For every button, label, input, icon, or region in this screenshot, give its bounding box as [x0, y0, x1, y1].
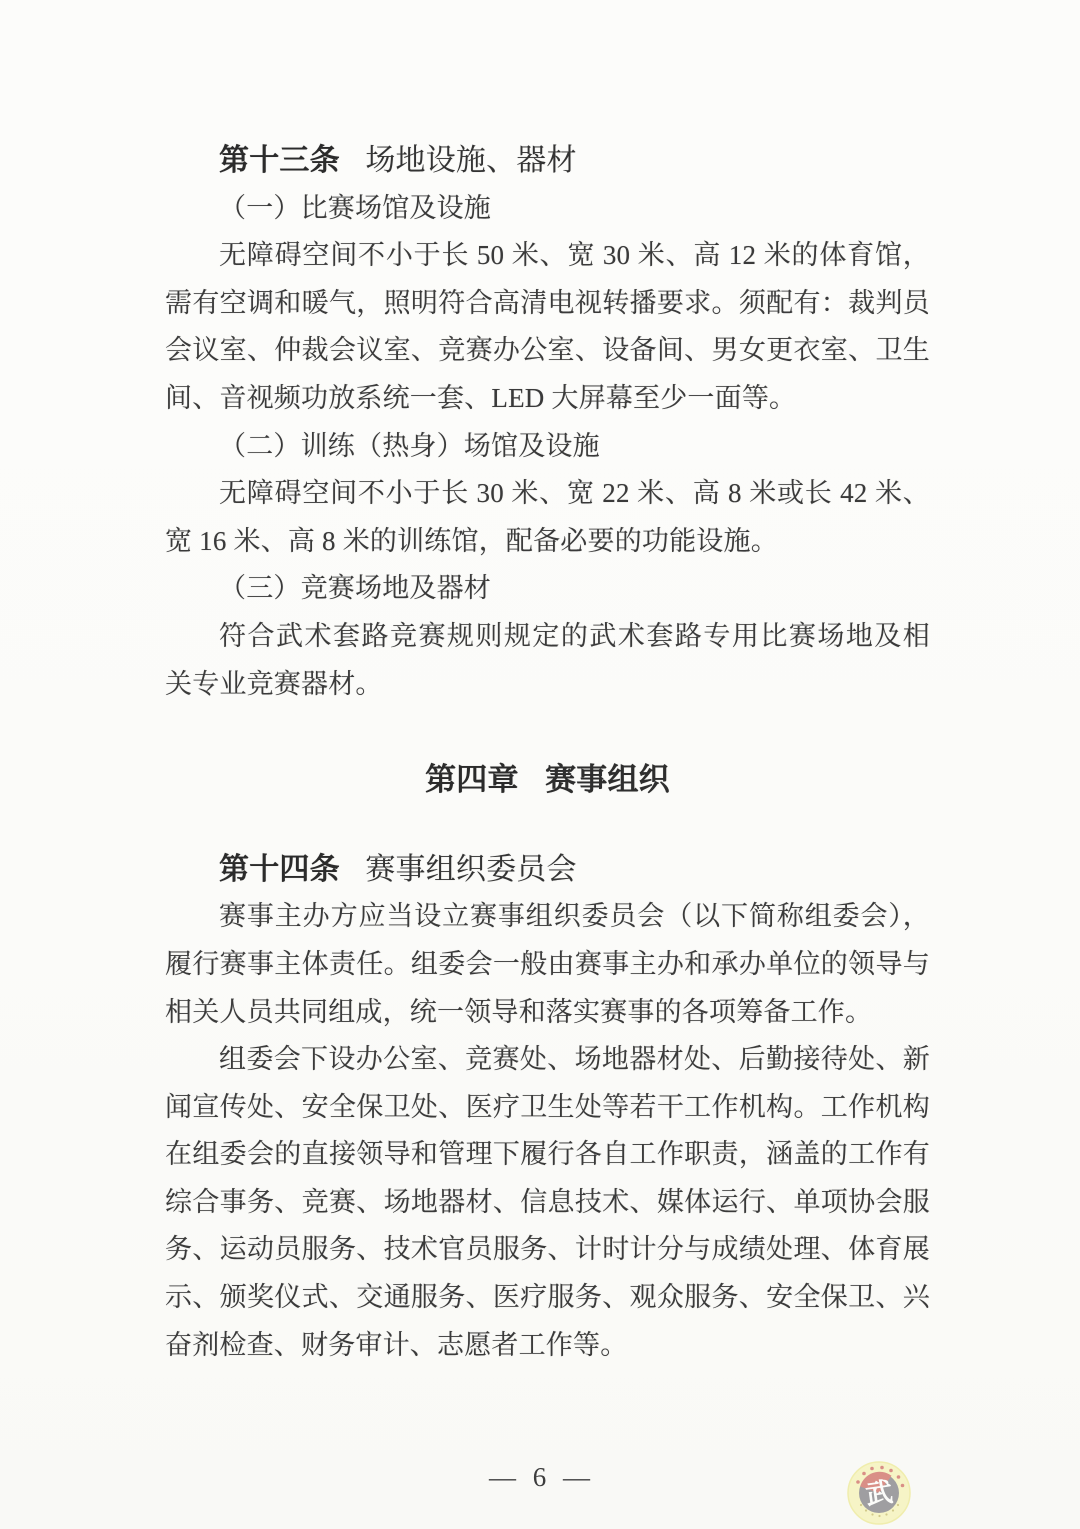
text-line: 无障碍空间不小于长 30 米、宽 22 米、高 8 米或长 42 米、 [165, 470, 930, 518]
text-line: 符合武术套路竞赛规则规定的武术套路专用比赛场地及相 [165, 613, 930, 661]
text-line: 关专业竞赛器材。 [165, 661, 930, 709]
text-line: 会议室、仲裁会议室、竞赛办公室、设备间、男女更衣室、卫生 [165, 327, 930, 375]
text-line: 赛事主办方应当设立赛事组织委员会（以下简称组委会）， [165, 893, 930, 941]
heading-title: 赛事组织委员会 [365, 853, 576, 886]
heading-number: 第十三条 [219, 144, 340, 177]
text-line: 履行赛事主体责任。组委会一般由赛事主办和承办单位的领导与 [165, 941, 930, 989]
text-line: 宽 16 米、高 8 米的训练馆，配备必要的功能设施。 [165, 518, 930, 566]
heading-number: 第十四条 [219, 853, 340, 886]
heading-number: 第四章 [425, 762, 519, 797]
sub-item-line: （二）训练（热身）场馆及设施 [165, 423, 930, 471]
text-line: 无障碍空间不小于长 50 米、宽 30 米、高 12 米的体育馆， [165, 232, 930, 280]
sub-item-line: （三）竞赛场地及器材 [165, 565, 930, 613]
text-line: 间、音视频功放系统一套、LED 大屏幕至少一面等。 [165, 375, 930, 423]
text-line: 闻宣传处、安全保卫处、医疗卫生处等若干工作机构。工作机构 [165, 1084, 930, 1132]
heading-title: 场地设施、器材 [365, 144, 576, 177]
article-heading: 第十三条场地设施、器材 [165, 137, 930, 185]
text-line: 务、运动员服务、技术官员服务、计时计分与成绩处理、体育展 [165, 1226, 930, 1274]
document-page: 第十三条场地设施、器材（一）比赛场馆及设施无障碍空间不小于长 50 米、宽 30… [0, 0, 1080, 1529]
text-line: 奋剂检查、财务审计、志愿者工作等。 [165, 1322, 930, 1370]
text-line: 相关人员共同组成，统一领导和落实赛事的各项筹备工作。 [165, 989, 930, 1037]
text-line: 综合事务、竞赛、场地器材、信息技术、媒体运行、单项协会服 [165, 1179, 930, 1227]
text-line: 需有空调和暖气，照明符合高清电视转播要求。须配有：裁判员 [165, 280, 930, 328]
seal-wu-character: 武 [864, 1477, 895, 1510]
heading-title: 赛事组织 [545, 762, 670, 797]
document-body: 第十三条场地设施、器材（一）比赛场馆及设施无障碍空间不小于长 50 米、宽 30… [165, 137, 930, 1369]
text-line: 组委会下设办公室、竞赛处、场地器材处、后勤接待处、新 [165, 1036, 930, 1084]
page-number: — 6 — [0, 1462, 1080, 1493]
text-line: 在组委会的直接领导和管理下履行各自工作职责，涵盖的工作有 [165, 1131, 930, 1179]
chapter-heading: 第四章赛事组织 [165, 756, 930, 804]
article-heading: 第十四条赛事组织委员会 [165, 846, 930, 894]
wushu-seal-logo: 武 [846, 1460, 912, 1526]
text-line: 示、颁奖仪式、交通服务、医疗服务、观众服务、安全保卫、兴 [165, 1274, 930, 1322]
sub-item-line: （一）比赛场馆及设施 [165, 185, 930, 233]
